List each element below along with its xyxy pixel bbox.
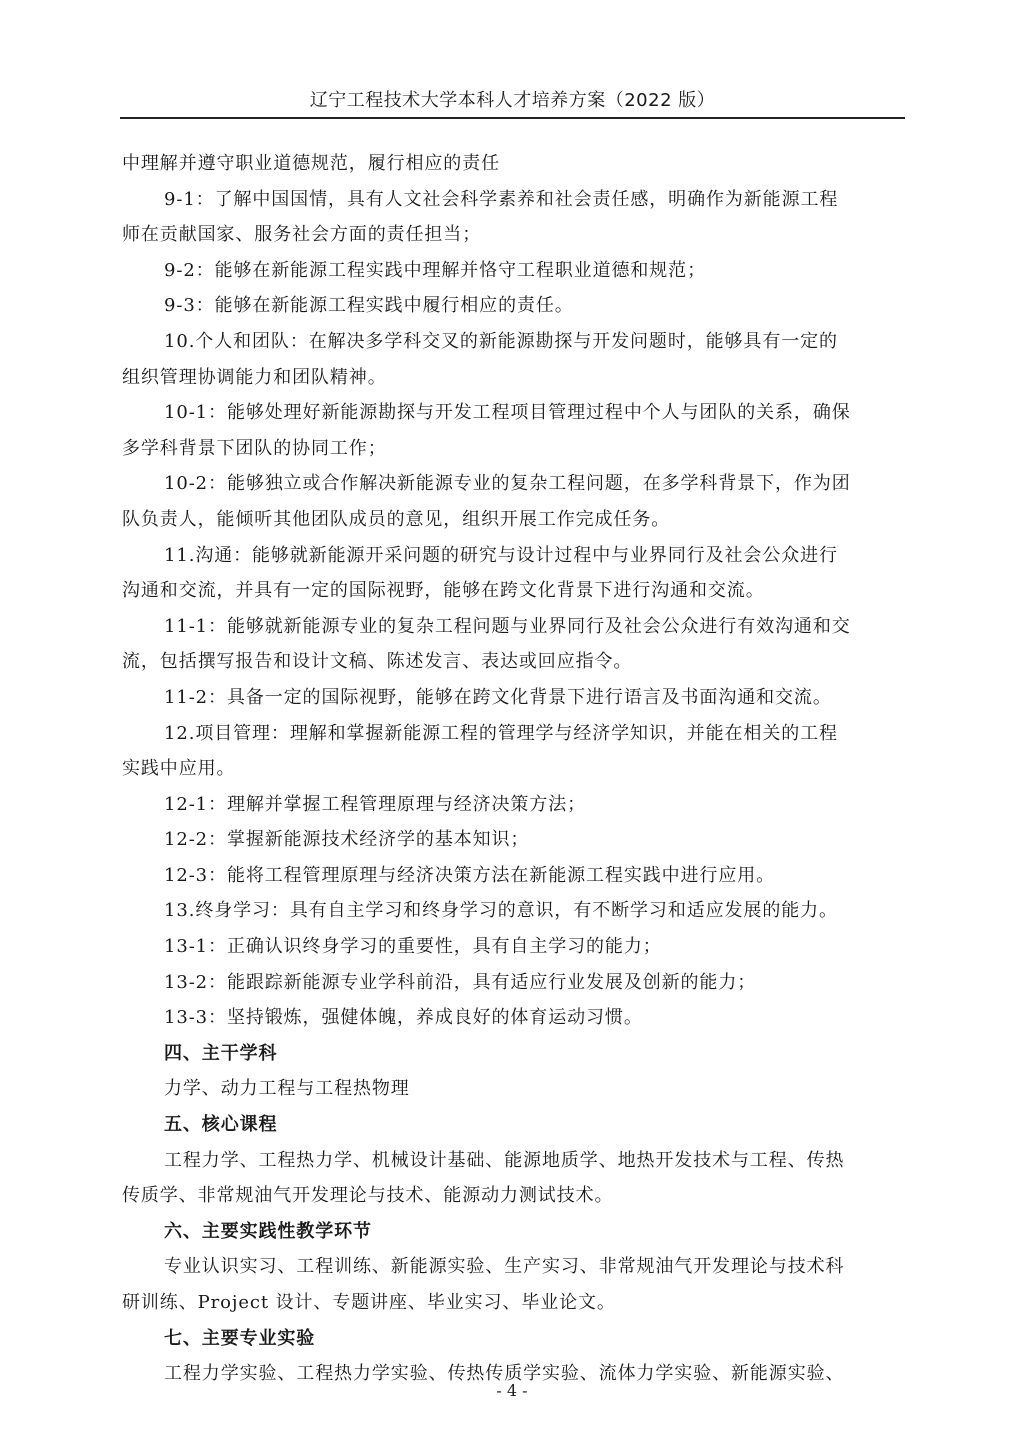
section-heading: 四、主干学科	[122, 1036, 904, 1072]
paragraph-line: 研训练、Project 设计、专题讲座、毕业实习、毕业论文。	[122, 1285, 904, 1321]
paragraph-line: 队负责人，能倾听其他团队成员的意见，组织开展工作完成任务。	[122, 502, 904, 538]
paragraph-line: 10-2：能够独立或合作解决新能源专业的复杂工程问题，在多学科背景下，作为团	[122, 466, 904, 502]
paragraph-line: 多学科背景下团队的协同工作；	[122, 431, 904, 467]
header-divider	[120, 117, 905, 119]
paragraph-line: 12-3：能将工程管理原理与经济决策方法在新能源工程实践中进行应用。	[122, 858, 904, 894]
paragraph-line: 流，包括撰写报告和设计文稿、陈述发言、表达或回应指令。	[122, 644, 904, 680]
paragraph-line: 10.个人和团队：在解决多学科交叉的新能源勘探与开发问题时，能够具有一定的	[122, 324, 904, 360]
paragraph-line: 工程力学、工程热力学、机械设计基础、能源地质学、地热开发技术与工程、传热	[122, 1143, 904, 1179]
paragraph-line: 师在贡献国家、服务社会方面的责任担当；	[122, 217, 904, 253]
paragraph-line: 13-1：正确认识终身学习的重要性，具有自主学习的能力；	[122, 929, 904, 965]
paragraph-line: 12.项目管理：理解和掌握新能源工程的管理学与经济学知识，并能在相关的工程	[122, 716, 904, 752]
paragraph-line: 13-2：能跟踪新能源专业学科前沿，具有适应行业发展及创新的能力；	[122, 965, 904, 1001]
section-heading: 五、核心课程	[122, 1107, 904, 1143]
page-number: - 4 -	[0, 1381, 1024, 1400]
paragraph-line: 专业认识实习、工程训练、新能源实验、生产实习、非常规油气开发理论与技术科	[122, 1249, 904, 1285]
paragraph-line: 11.沟通：能够就新能源开采问题的研究与设计过程中与业界同行及社会公众进行	[122, 538, 904, 574]
paragraph-line: 中理解并遵守职业道德规范，履行相应的责任	[122, 146, 904, 182]
paragraph-line: 沟通和交流，并具有一定的国际视野，能够在跨文化背景下进行沟通和交流。	[122, 573, 904, 609]
paragraph-line: 组织管理协调能力和团队精神。	[122, 360, 904, 396]
paragraph-line: 9-3：能够在新能源工程实践中履行相应的责任。	[122, 288, 904, 324]
section-heading: 六、主要实践性教学环节	[122, 1214, 904, 1250]
paragraph-line: 传质学、非常规油气开发理论与技术、能源动力测试技术。	[122, 1178, 904, 1214]
document-header-title: 辽宁工程技术大学本科人才培养方案（2022 版）	[120, 86, 905, 112]
paragraph-line: 12-1：理解并掌握工程管理原理与经济决策方法；	[122, 787, 904, 823]
paragraph-line: 10-1：能够处理好新能源勘探与开发工程项目管理过程中个人与团队的关系，确保	[122, 395, 904, 431]
paragraph-line: 9-1：了解中国国情，具有人文社会科学素养和社会责任感，明确作为新能源工程	[122, 182, 904, 218]
paragraph-line: 13-3：坚持锻炼，强健体魄，养成良好的体育运动习惯。	[122, 1000, 904, 1036]
paragraph-line: 12-2：掌握新能源技术经济学的基本知识；	[122, 822, 904, 858]
paragraph-line: 9-2：能够在新能源工程实践中理解并恪守工程职业道德和规范；	[122, 253, 904, 289]
paragraph-line: 13.终身学习：具有自主学习和终身学习的意识，有不断学习和适应发展的能力。	[122, 893, 904, 929]
paragraph-line: 实践中应用。	[122, 751, 904, 787]
paragraph-line: 11-2：具备一定的国际视野，能够在跨文化背景下进行语言及书面沟通和交流。	[122, 680, 904, 716]
document-body: 中理解并遵守职业道德规范，履行相应的责任9-1：了解中国国情，具有人文社会科学素…	[122, 146, 904, 1392]
section-heading: 七、主要专业实验	[122, 1321, 904, 1357]
paragraph-line: 力学、动力工程与工程热物理	[122, 1071, 904, 1107]
paragraph-line: 11-1：能够就新能源专业的复杂工程问题与业界同行及社会公众进行有效沟通和交	[122, 609, 904, 645]
